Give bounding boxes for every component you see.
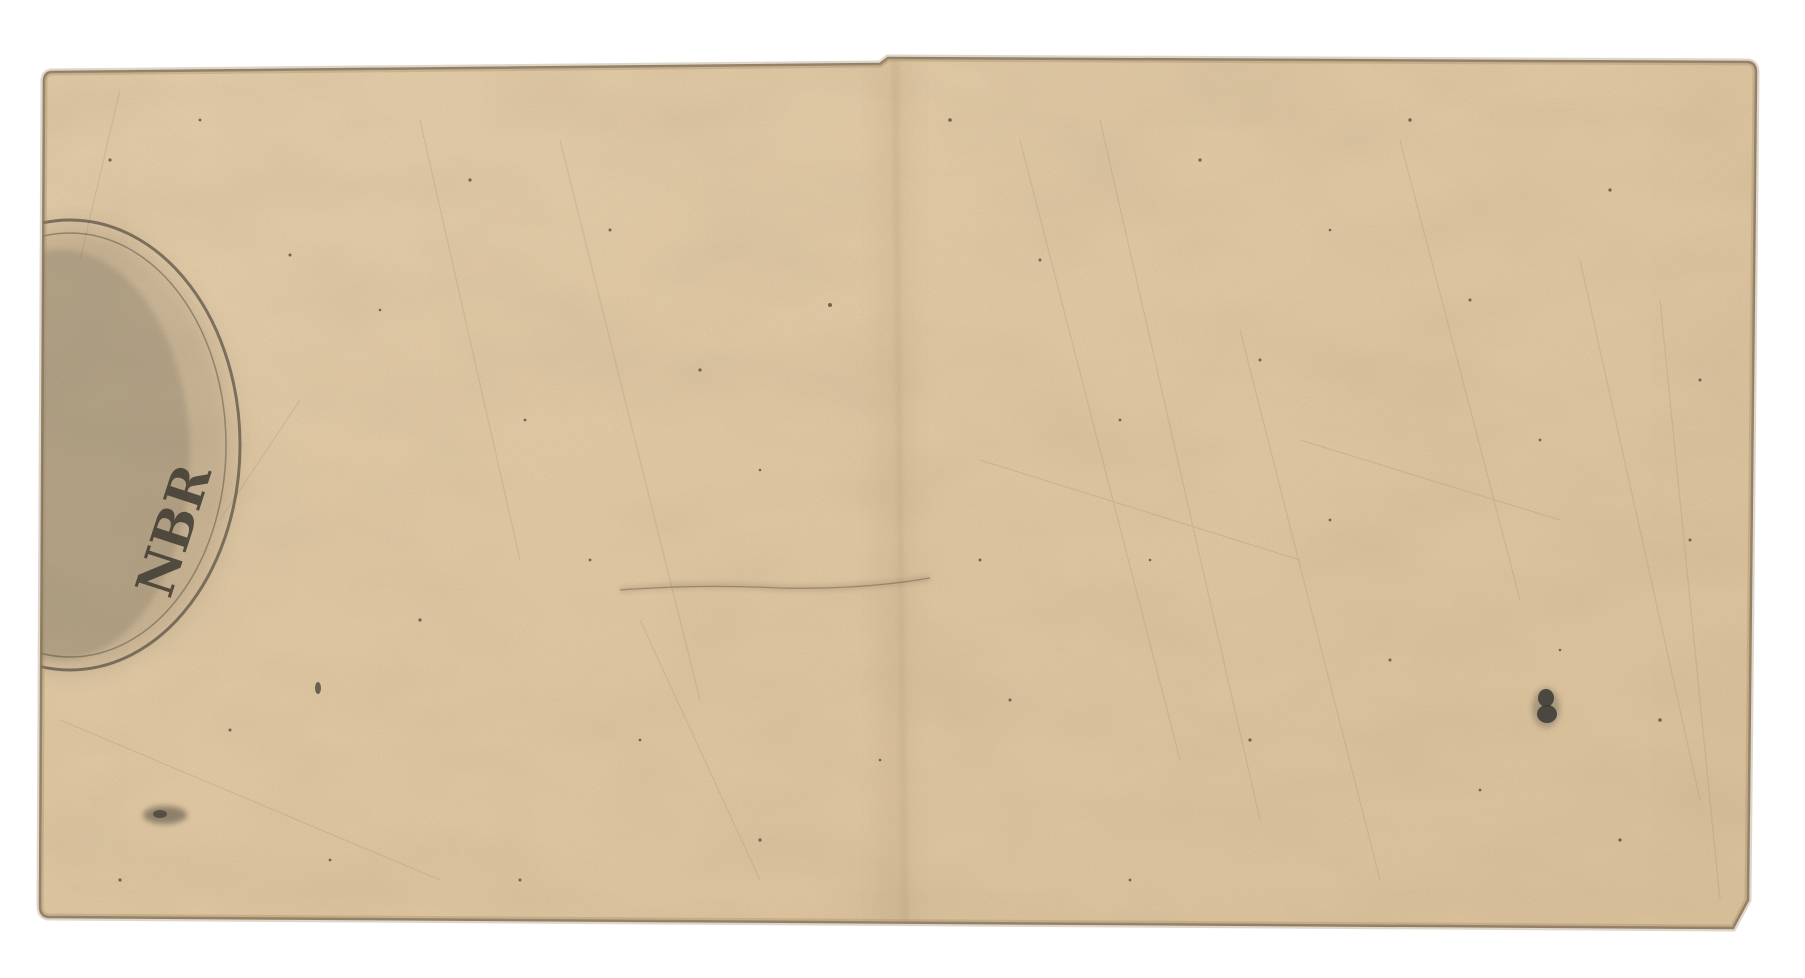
- small-mark: [315, 682, 321, 694]
- banknote-illustration: NBR: [0, 0, 1805, 978]
- vertical-fold: [878, 60, 912, 930]
- scan-scene: NBR: [0, 0, 1805, 978]
- smudge-mark: [143, 806, 187, 824]
- ink-blot: [1532, 688, 1560, 728]
- banknote-back: NBR: [0, 0, 1805, 978]
